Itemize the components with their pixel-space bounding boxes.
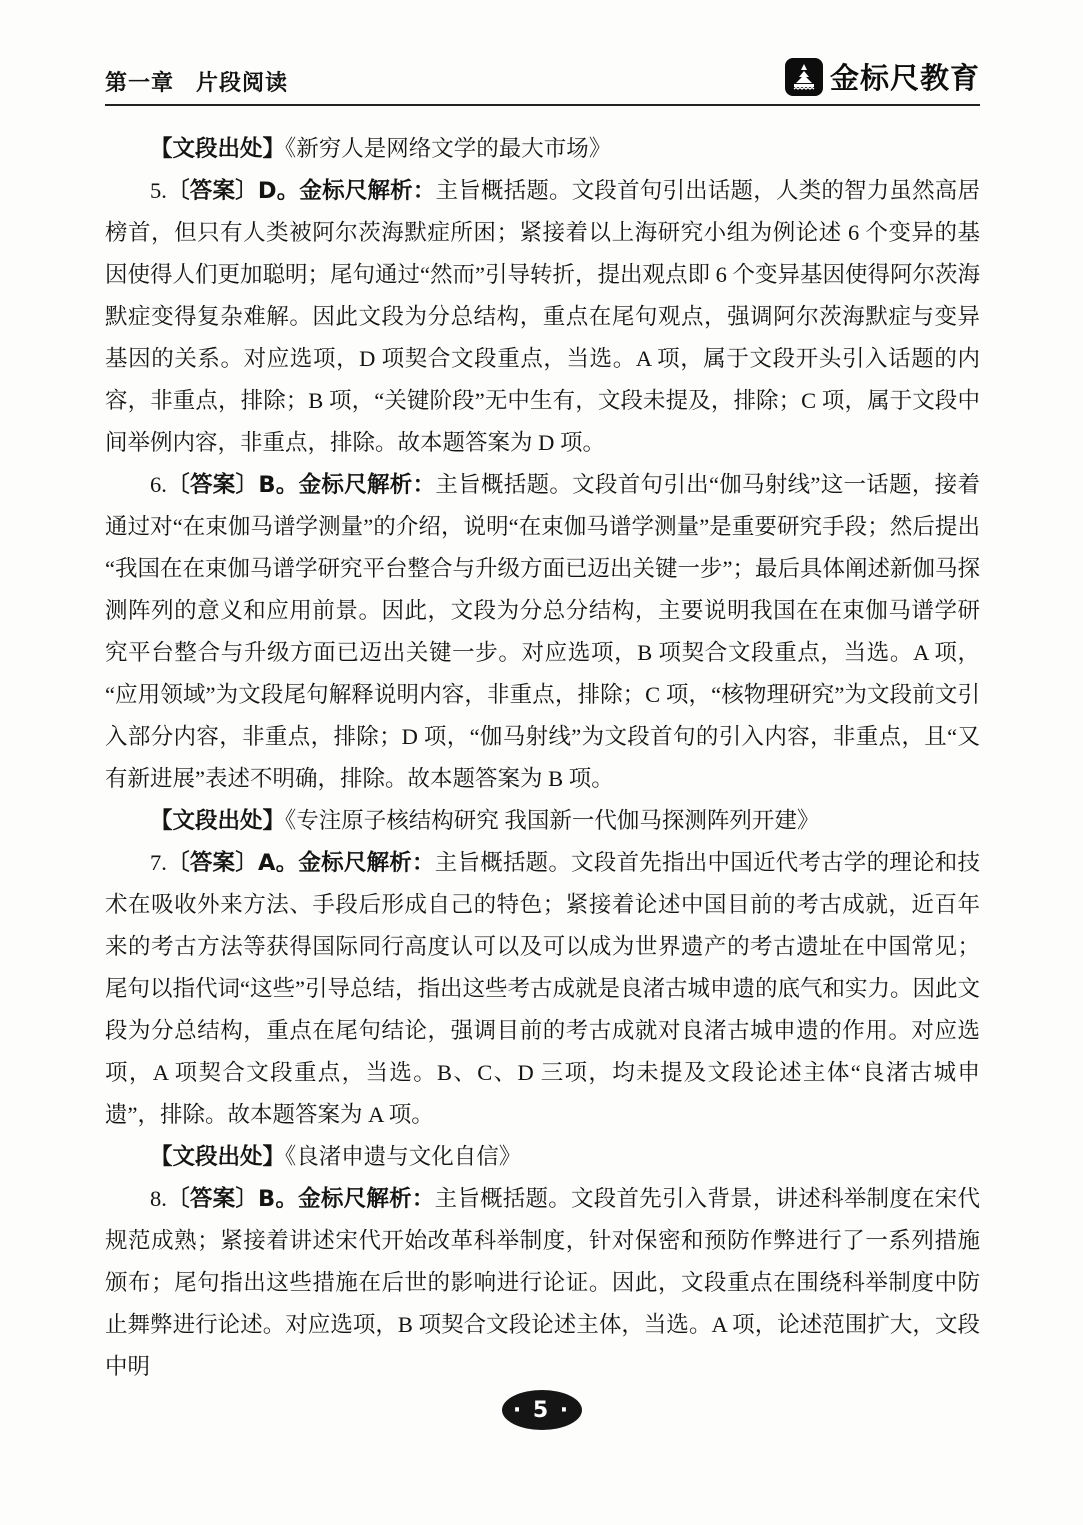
chapter-number: 第一章 xyxy=(105,66,174,97)
source-label: 【文段出处】 xyxy=(150,808,285,834)
analysis-text: 主旨概括题。文段首句引出话题，人类的智力虽然高居榜首，但只有人类被阿尔茨海默症所… xyxy=(105,178,980,455)
brand-logo: 金标尺教育 xyxy=(785,56,980,97)
page-number-badge: · 5 · xyxy=(502,1390,582,1430)
question-number: 7. xyxy=(150,850,167,875)
question-number: 6. xyxy=(150,472,167,497)
analysis-text: 主旨概括题。文段首句引出“伽马射线”这一话题，接着通过对“在束伽马谱学测量”的介… xyxy=(105,472,980,791)
source-title: 《良渚申遗与文化自信》 xyxy=(285,1144,521,1169)
source-line: 【文段出处】《新穷人是网络文学的最大市场》 xyxy=(105,128,980,170)
header-divider xyxy=(105,104,980,106)
source-title: 《专注原子核结构研究 我国新一代伽马探测阵列开建》 xyxy=(285,808,819,833)
document-body: 【文段出处】《新穷人是网络文学的最大市场》 5.〔答案〕D。金标尺解析：主旨概括… xyxy=(105,128,980,1388)
analysis-text: 主旨概括题。文段首先指出中国近代考古学的理论和技术在吸收外来方法、手段后形成自己… xyxy=(105,850,980,1127)
analysis-text: 主旨概括题。文段首先引入背景，讲述科举制度在宋代规范成熟；紧接着讲述宋代开始改革… xyxy=(105,1186,980,1379)
brand-logo-icon xyxy=(785,58,823,96)
brand-name: 金标尺教育 xyxy=(830,56,980,97)
answer-paragraph-q8: 8.〔答案〕B。金标尺解析：主旨概括题。文段首先引入背景，讲述科举制度在宋代规范… xyxy=(105,1178,980,1388)
source-line: 【文段出处】《良渚申遗与文化自信》 xyxy=(105,1136,980,1178)
analysis-label: 金标尺解析： xyxy=(299,472,436,498)
analysis-label: 金标尺解析： xyxy=(299,178,435,204)
source-label: 【文段出处】 xyxy=(150,1144,285,1170)
book-page: 第一章 片段阅读 金标尺教育 【文段出处】《新穷人 xyxy=(0,0,1083,1525)
analysis-label: 金标尺解析： xyxy=(298,1186,434,1212)
source-title: 《新穷人是网络文学的最大市场》 xyxy=(285,136,611,161)
answer-label: 〔答案〕B。 xyxy=(167,472,299,498)
question-number: 5. xyxy=(150,178,167,203)
answer-label: 〔答案〕A。 xyxy=(167,850,299,876)
answer-paragraph-q6: 6.〔答案〕B。金标尺解析：主旨概括题。文段首句引出“伽马射线”这一话题，接着通… xyxy=(105,464,980,800)
answer-paragraph-q7: 7.〔答案〕A。金标尺解析：主旨概括题。文段首先指出中国近代考古学的理论和技术在… xyxy=(105,842,980,1136)
answer-label: 〔答案〕D。 xyxy=(167,178,300,204)
question-number: 8. xyxy=(150,1186,167,1211)
answer-label: 〔答案〕B。 xyxy=(167,1186,298,1212)
page-header: 第一章 片段阅读 金标尺教育 xyxy=(105,0,980,97)
answer-paragraph-q5: 5.〔答案〕D。金标尺解析：主旨概括题。文段首句引出话题，人类的智力虽然高居榜首… xyxy=(105,170,980,464)
source-line: 【文段出处】《专注原子核结构研究 我国新一代伽马探测阵列开建》 xyxy=(105,800,980,842)
analysis-label: 金标尺解析： xyxy=(298,850,434,876)
source-label: 【文段出处】 xyxy=(150,136,285,162)
page-number: · 5 · xyxy=(513,1398,570,1423)
chapter-title: 片段阅读 xyxy=(196,66,288,97)
chapter-heading: 第一章 片段阅读 xyxy=(105,66,288,97)
